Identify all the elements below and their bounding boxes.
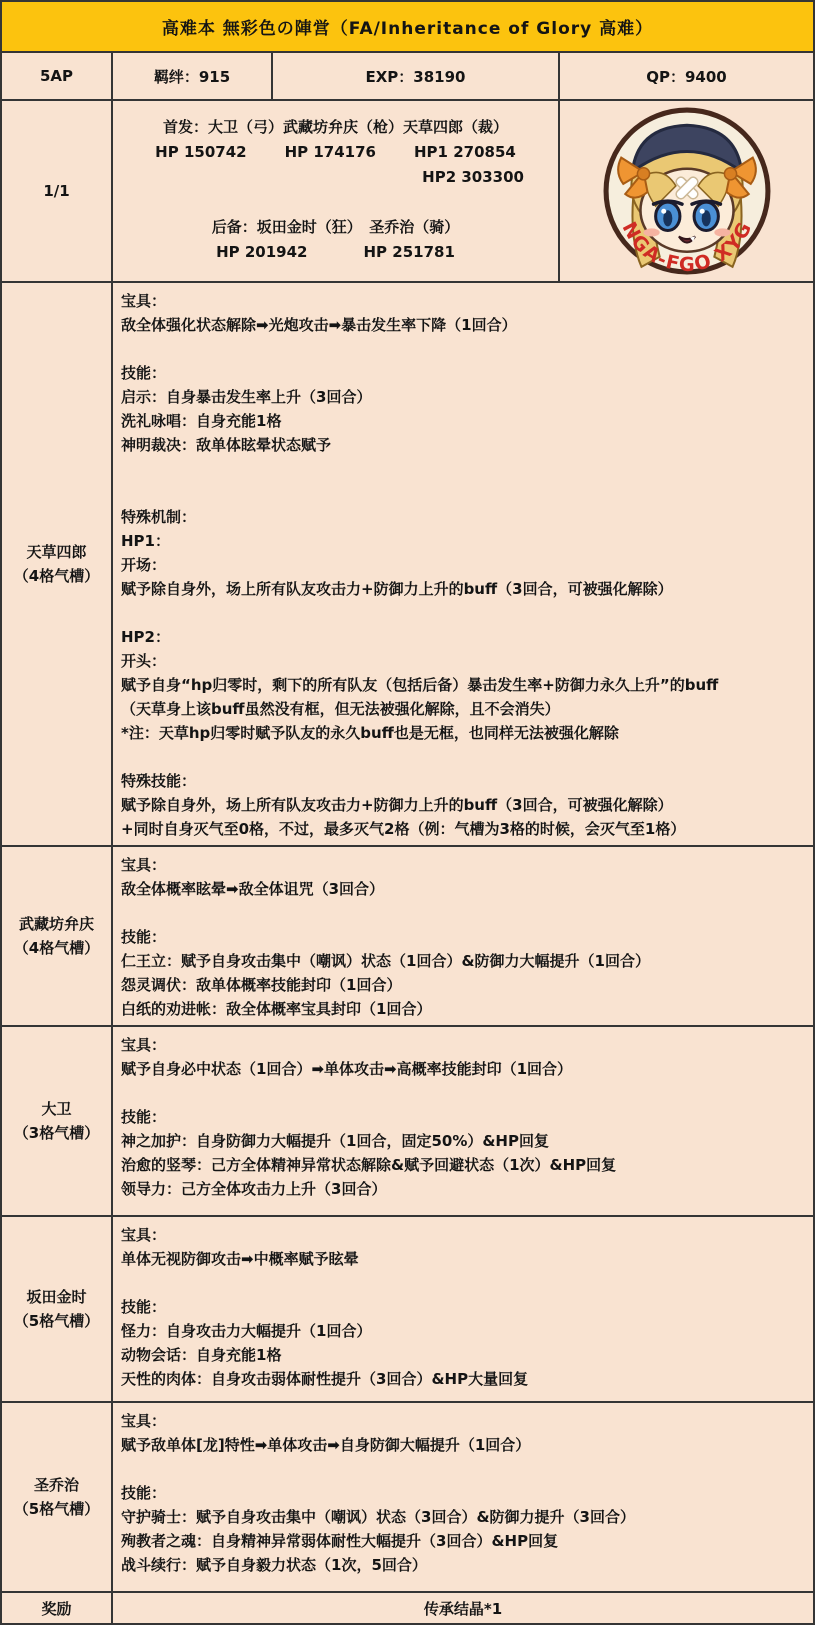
hp-value: HP 150742 [155, 140, 246, 165]
text-line [121, 1271, 813, 1295]
text-line [121, 601, 813, 625]
servant-name: 大卫 [41, 1097, 71, 1121]
backup-hp-row: HP 201942 HP 251781 [113, 240, 558, 265]
text-line: （天草身上该buff虽然没有框，但无法被强化解除，且不会消失） [121, 697, 813, 721]
reward-value: 传承结晶*1 [113, 1593, 813, 1623]
text-line [121, 457, 813, 481]
enemy-lineup-row: 1/1 首发：大卫（弓）武藏坊弁庆（枪）天草四郎（裁） HP 150742 HP… [2, 101, 813, 283]
text-line: 洗礼咏唱：自身充能1格 [121, 409, 813, 433]
text-line: 宝具： [121, 1033, 813, 1057]
text-line: 领导力：己方全体攻击力上升（3回合） [121, 1177, 813, 1201]
servant-section-david: 大卫 （3格气槽） 宝具：赋予自身必中状态（1回合）➡单体攻击➡高概率技能封印（… [2, 1027, 813, 1217]
quest-title-row: 高难本 無彩色の陣営（FA/Inheritance of Glory 高难） [2, 2, 813, 53]
servant-section-benkei: 武藏坊弁庆 （4格气槽） 宝具：敌全体概率眩晕➡敌全体诅咒（3回合） 技能：仁王… [2, 847, 813, 1027]
text-line: 赋予自身必中状态（1回合）➡单体攻击➡高概率技能封印（1回合） [121, 1057, 813, 1081]
text-line: 守护骑士：赋予自身攻击集中（嘲讽）状态（3回合）&防御力提升（3回合） [121, 1505, 813, 1529]
text-line: 仁王立：赋予自身攻击集中（嘲讽）状态（1回合）&防御力大幅提升（1回合） [121, 949, 813, 973]
text-line [121, 481, 813, 505]
text-line: 怨灵调伏：敌单体概率技能封印（1回合） [121, 973, 813, 997]
hp2-value: HP2 303300 [113, 165, 558, 190]
avatar-cell: NGA-FGO XYGZ [560, 101, 813, 281]
text-line: 宝具： [121, 853, 813, 877]
text-line: 赋予除自身外，场上所有队友攻击力+防御力上升的buff（3回合，可被强化解除） [121, 793, 813, 817]
ap-cost: 5AP [2, 53, 113, 99]
text-line: HP2： [121, 625, 813, 649]
text-line: 技能： [121, 1481, 813, 1505]
servant-label: 坂田金时 （5格气槽） [2, 1217, 113, 1401]
hp-value: HP 201942 [216, 240, 307, 265]
text-line: 敌全体强化状态解除➡光炮攻击➡暴击发生率下降（1回合） [121, 313, 813, 337]
text-line: 启示：自身暴击发生率上升（3回合） [121, 385, 813, 409]
quest-title: 高难本 無彩色の陣営（FA/Inheritance of Glory 高难） [2, 14, 813, 39]
text-line [121, 745, 813, 769]
text-line: 开场： [121, 553, 813, 577]
servant-label: 武藏坊弁庆 （4格气槽） [2, 847, 113, 1025]
text-line: 白纸的劝进帐：敌全体概率宝具封印（1回合） [121, 997, 813, 1021]
bond-points: 羁绊：915 [113, 53, 273, 99]
text-line: 天性的肉体：自身攻击弱体耐性提升（3回合）&HP大量回复 [121, 1367, 813, 1391]
text-line: 技能： [121, 1295, 813, 1319]
text-line: 神明裁决：敌单体眩晕状态赋予 [121, 433, 813, 457]
servant-label: 圣乔治 （5格气槽） [2, 1403, 113, 1591]
servant-section-george: 圣乔治 （5格气槽） 宝具：赋予敌单体[龙]特性➡单体攻击➡自身防御大幅提升（1… [2, 1403, 813, 1593]
text-line: 治愈的竖琴：己方全体精神异常状态解除&赋予回避状态（1次）&HP回复 [121, 1153, 813, 1177]
text-line [121, 1081, 813, 1105]
quest-info-sheet: 高难本 無彩色の陣営（FA/Inheritance of Glory 高难） 5… [0, 0, 815, 1625]
text-line: 宝具： [121, 1409, 813, 1433]
quest-stats-row: 5AP 羁绊：915 EXP：38190 QP：9400 [2, 53, 813, 101]
hp-value: HP1 270854 [414, 140, 516, 165]
frontline-servants: 首发：大卫（弓）武藏坊弁庆（枪）天草四郎（裁） [113, 115, 558, 140]
servant-name: 天草四郎 [26, 540, 86, 564]
text-line: 赋予敌单体[龙]特性➡单体攻击➡自身防御大幅提升（1回合） [121, 1433, 813, 1457]
text-line [121, 337, 813, 361]
servant-section-kintoki: 坂田金时 （5格气槽） 宝具：单体无视防御攻击➡中概率赋予眩晕 技能：怪力：自身… [2, 1217, 813, 1403]
wave-counter: 1/1 [2, 101, 113, 281]
text-line: 特殊机制： [121, 505, 813, 529]
servant-section-amakusa: 天草四郎 （4格气槽） 宝具：敌全体强化状态解除➡光炮攻击➡暴击发生率下降（1回… [2, 283, 813, 847]
text-line: 单体无视防御攻击➡中概率赋予眩晕 [121, 1247, 813, 1271]
text-line: 宝具： [121, 289, 813, 313]
text-line: 赋予除自身外，场上所有队友攻击力+防御力上升的buff（3回合，可被强化解除） [121, 577, 813, 601]
servant-gauge: （4格气槽） [14, 936, 99, 960]
text-line: 宝具： [121, 1223, 813, 1247]
backup-servants: 后备：坂田金时（狂） 圣乔治（骑） [113, 215, 558, 240]
reward-label: 奖励 [2, 1593, 113, 1623]
abigail-avatar-image: NGA-FGO XYGZ [601, 105, 773, 277]
exp-points: EXP：38190 [273, 53, 560, 99]
text-line: 战斗续行：赋予自身毅力状态（1次，5回合） [121, 1553, 813, 1577]
servant-details: 宝具：赋予自身必中状态（1回合）➡单体攻击➡高概率技能封印（1回合） 技能：神之… [113, 1027, 813, 1215]
servant-gauge: （5格气槽） [14, 1497, 99, 1521]
spacer [113, 190, 558, 215]
frontline-hp-row: HP 150742 HP 174176 HP1 270854 [113, 140, 558, 165]
text-line: 怪力：自身攻击力大幅提升（1回合） [121, 1319, 813, 1343]
text-line: 赋予自身“hp归零时，剩下的所有队友（包括后备）暴击发生率+防御力永久上升”的b… [121, 673, 813, 697]
servant-details: 宝具：赋予敌单体[龙]特性➡单体攻击➡自身防御大幅提升（1回合） 技能：守护骑士… [113, 1403, 813, 1591]
text-line: 开头： [121, 649, 813, 673]
servant-gauge: （5格气槽） [14, 1309, 99, 1333]
servant-name: 武藏坊弁庆 [19, 912, 94, 936]
text-line: 技能： [121, 361, 813, 385]
servant-label: 大卫 （3格气槽） [2, 1027, 113, 1215]
hp-value: HP 174176 [285, 140, 376, 165]
lineup-cell: 首发：大卫（弓）武藏坊弁庆（枪）天草四郎（裁） HP 150742 HP 174… [113, 101, 560, 281]
reward-row: 奖励 传承结晶*1 [2, 1593, 813, 1623]
text-line: HP1： [121, 529, 813, 553]
text-line: 动物会话：自身充能1格 [121, 1343, 813, 1367]
servant-name: 坂田金时 [26, 1285, 86, 1309]
text-line: 技能： [121, 1105, 813, 1129]
text-line [121, 901, 813, 925]
servant-gauge: （4格气槽） [14, 564, 99, 588]
hp-value: HP 251781 [364, 240, 455, 265]
text-line: 特殊技能： [121, 769, 813, 793]
servant-details: 宝具：敌全体强化状态解除➡光炮攻击➡暴击发生率下降（1回合） 技能：启示：自身暴… [113, 283, 813, 845]
text-line: *注：天草hp归零时赋予队友的永久buff也是无框，也同样无法被强化解除 [121, 721, 813, 745]
servant-name: 圣乔治 [34, 1473, 79, 1497]
text-line: 敌全体概率眩晕➡敌全体诅咒（3回合） [121, 877, 813, 901]
text-line: +同时自身灭气至0格，不过，最多灭气2格（例：气槽为3格的时候，会灭气至1格） [121, 817, 813, 841]
servant-details: 宝具：单体无视防御攻击➡中概率赋予眩晕 技能：怪力：自身攻击力大幅提升（1回合）… [113, 1217, 813, 1401]
servant-label: 天草四郎 （4格气槽） [2, 283, 113, 845]
servant-details: 宝具：敌全体概率眩晕➡敌全体诅咒（3回合） 技能：仁王立：赋予自身攻击集中（嘲讽… [113, 847, 813, 1025]
text-line [121, 1457, 813, 1481]
servant-gauge: （3格气槽） [14, 1121, 99, 1145]
text-line: 技能： [121, 925, 813, 949]
qp-points: QP：9400 [560, 53, 813, 99]
text-line: 神之加护：自身防御力大幅提升（1回合，固定50%）&HP回复 [121, 1129, 813, 1153]
text-line: 殉教者之魂：自身精神异常弱体耐性大幅提升（3回合）&HP回复 [121, 1529, 813, 1553]
